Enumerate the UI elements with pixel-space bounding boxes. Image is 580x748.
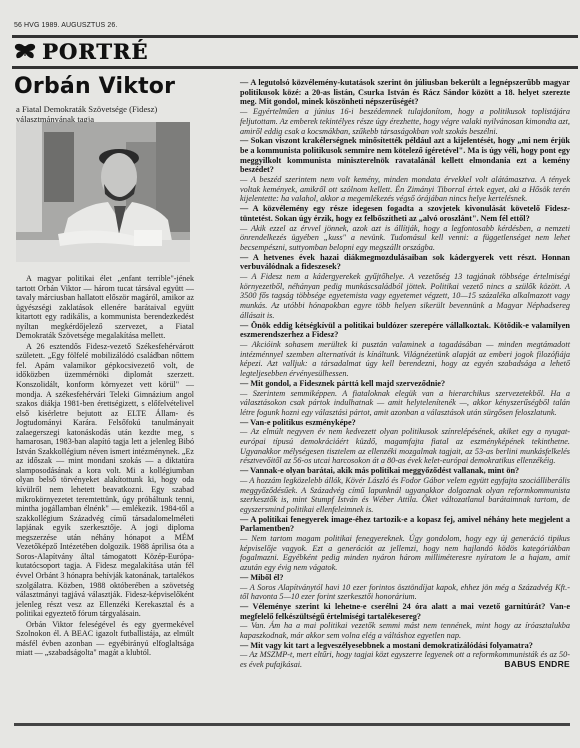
interview-question: — Sokan viszont krakélerségnek minősítet…	[240, 136, 570, 175]
section-title: PORTRÉ	[42, 39, 148, 64]
interview-question: — A hetvenes évek hazai diákmegmozdulása…	[240, 253, 570, 272]
bio-paragraph: Orbán Viktor feleségével és egy gyermeké…	[16, 620, 194, 658]
interview-question: — Van-e politikus eszményképe?	[240, 418, 570, 428]
interview-question: — Mit gondol, a Fidesznek párttá kell ma…	[240, 379, 570, 389]
section-rule	[12, 66, 578, 69]
portrait-photo	[16, 122, 190, 262]
magazine-page: 56 HVG 1989. AUGUSZTUS 26. PORTRÉ Orbán …	[0, 0, 580, 748]
interview-answer: — A beszéd szerintem nem volt kemény, mi…	[240, 175, 570, 204]
article-subtitle: a Fiatal Demokraták Szövetsége (Fidesz) …	[16, 104, 196, 124]
interview-question: — A politikai fenegyerek image-éhez tart…	[240, 515, 570, 534]
butterfly-icon	[14, 43, 36, 59]
interview-answer: — Egyértelműen a június 16-i beszédemnek…	[240, 107, 570, 136]
interview-question: — Önök eddig kétségkívül a politikai bul…	[240, 321, 570, 340]
interview-answer: — A hozzám legközelebb állók, Kövér Lász…	[240, 476, 570, 515]
interview-question: — Véleménye szerint ki lehetne-e cseréln…	[240, 602, 570, 621]
interview-question: — A legutolsó közvélemény-kutatások szer…	[240, 78, 570, 107]
bio-paragraph: A 26 esztendős Fidesz-vezető Székesfehér…	[16, 342, 194, 619]
bottom-rule	[14, 723, 570, 726]
bio-column: A magyar politikai élet „enfant terrible…	[16, 274, 194, 659]
interview-column: — A legutolsó közvélemény-kutatások szer…	[240, 78, 570, 670]
interview-question: — Mit vagy kit tart a legveszélyesebbnek…	[240, 641, 570, 651]
page-folio: 56 HVG 1989. AUGUSZTUS 26.	[14, 22, 117, 29]
interview-answer: — Akcióink sohasem merültek ki pusztán v…	[240, 340, 570, 379]
interview-question: — A közvélemény egy része idegesen fogad…	[240, 204, 570, 223]
article-title: Orbán Viktor	[14, 74, 175, 99]
section-header: PORTRÉ	[14, 40, 148, 62]
interview-question: — Vannak-e olyan barátai, akik más polit…	[240, 466, 570, 476]
interview-answer: — A Fidesz nem a kádergyerekek gyűjtőhel…	[240, 272, 570, 321]
interview-answer: — Nem tartom magam politikai fenegyerekn…	[240, 534, 570, 573]
interview-question: — Miből él?	[240, 573, 570, 583]
interview-answer: — Van. Ám ha a mai politikai vezetők sem…	[240, 621, 570, 640]
bio-paragraph: A magyar politikai élet „enfant terrible…	[16, 274, 194, 341]
interview-answer: — Akik ezzel az érvvel jönnek, azok azt …	[240, 224, 570, 253]
interview-answer: — A Soros Alapítványtól havi 10 ezer for…	[240, 583, 570, 602]
interview-answer: — Az elmúlt negyven év nem kedvezett oly…	[240, 427, 570, 466]
interview-answer: — Szerintem semmiképpen. A fiataloknak e…	[240, 389, 570, 418]
author-byline: BABUS ENDRE	[504, 660, 570, 670]
